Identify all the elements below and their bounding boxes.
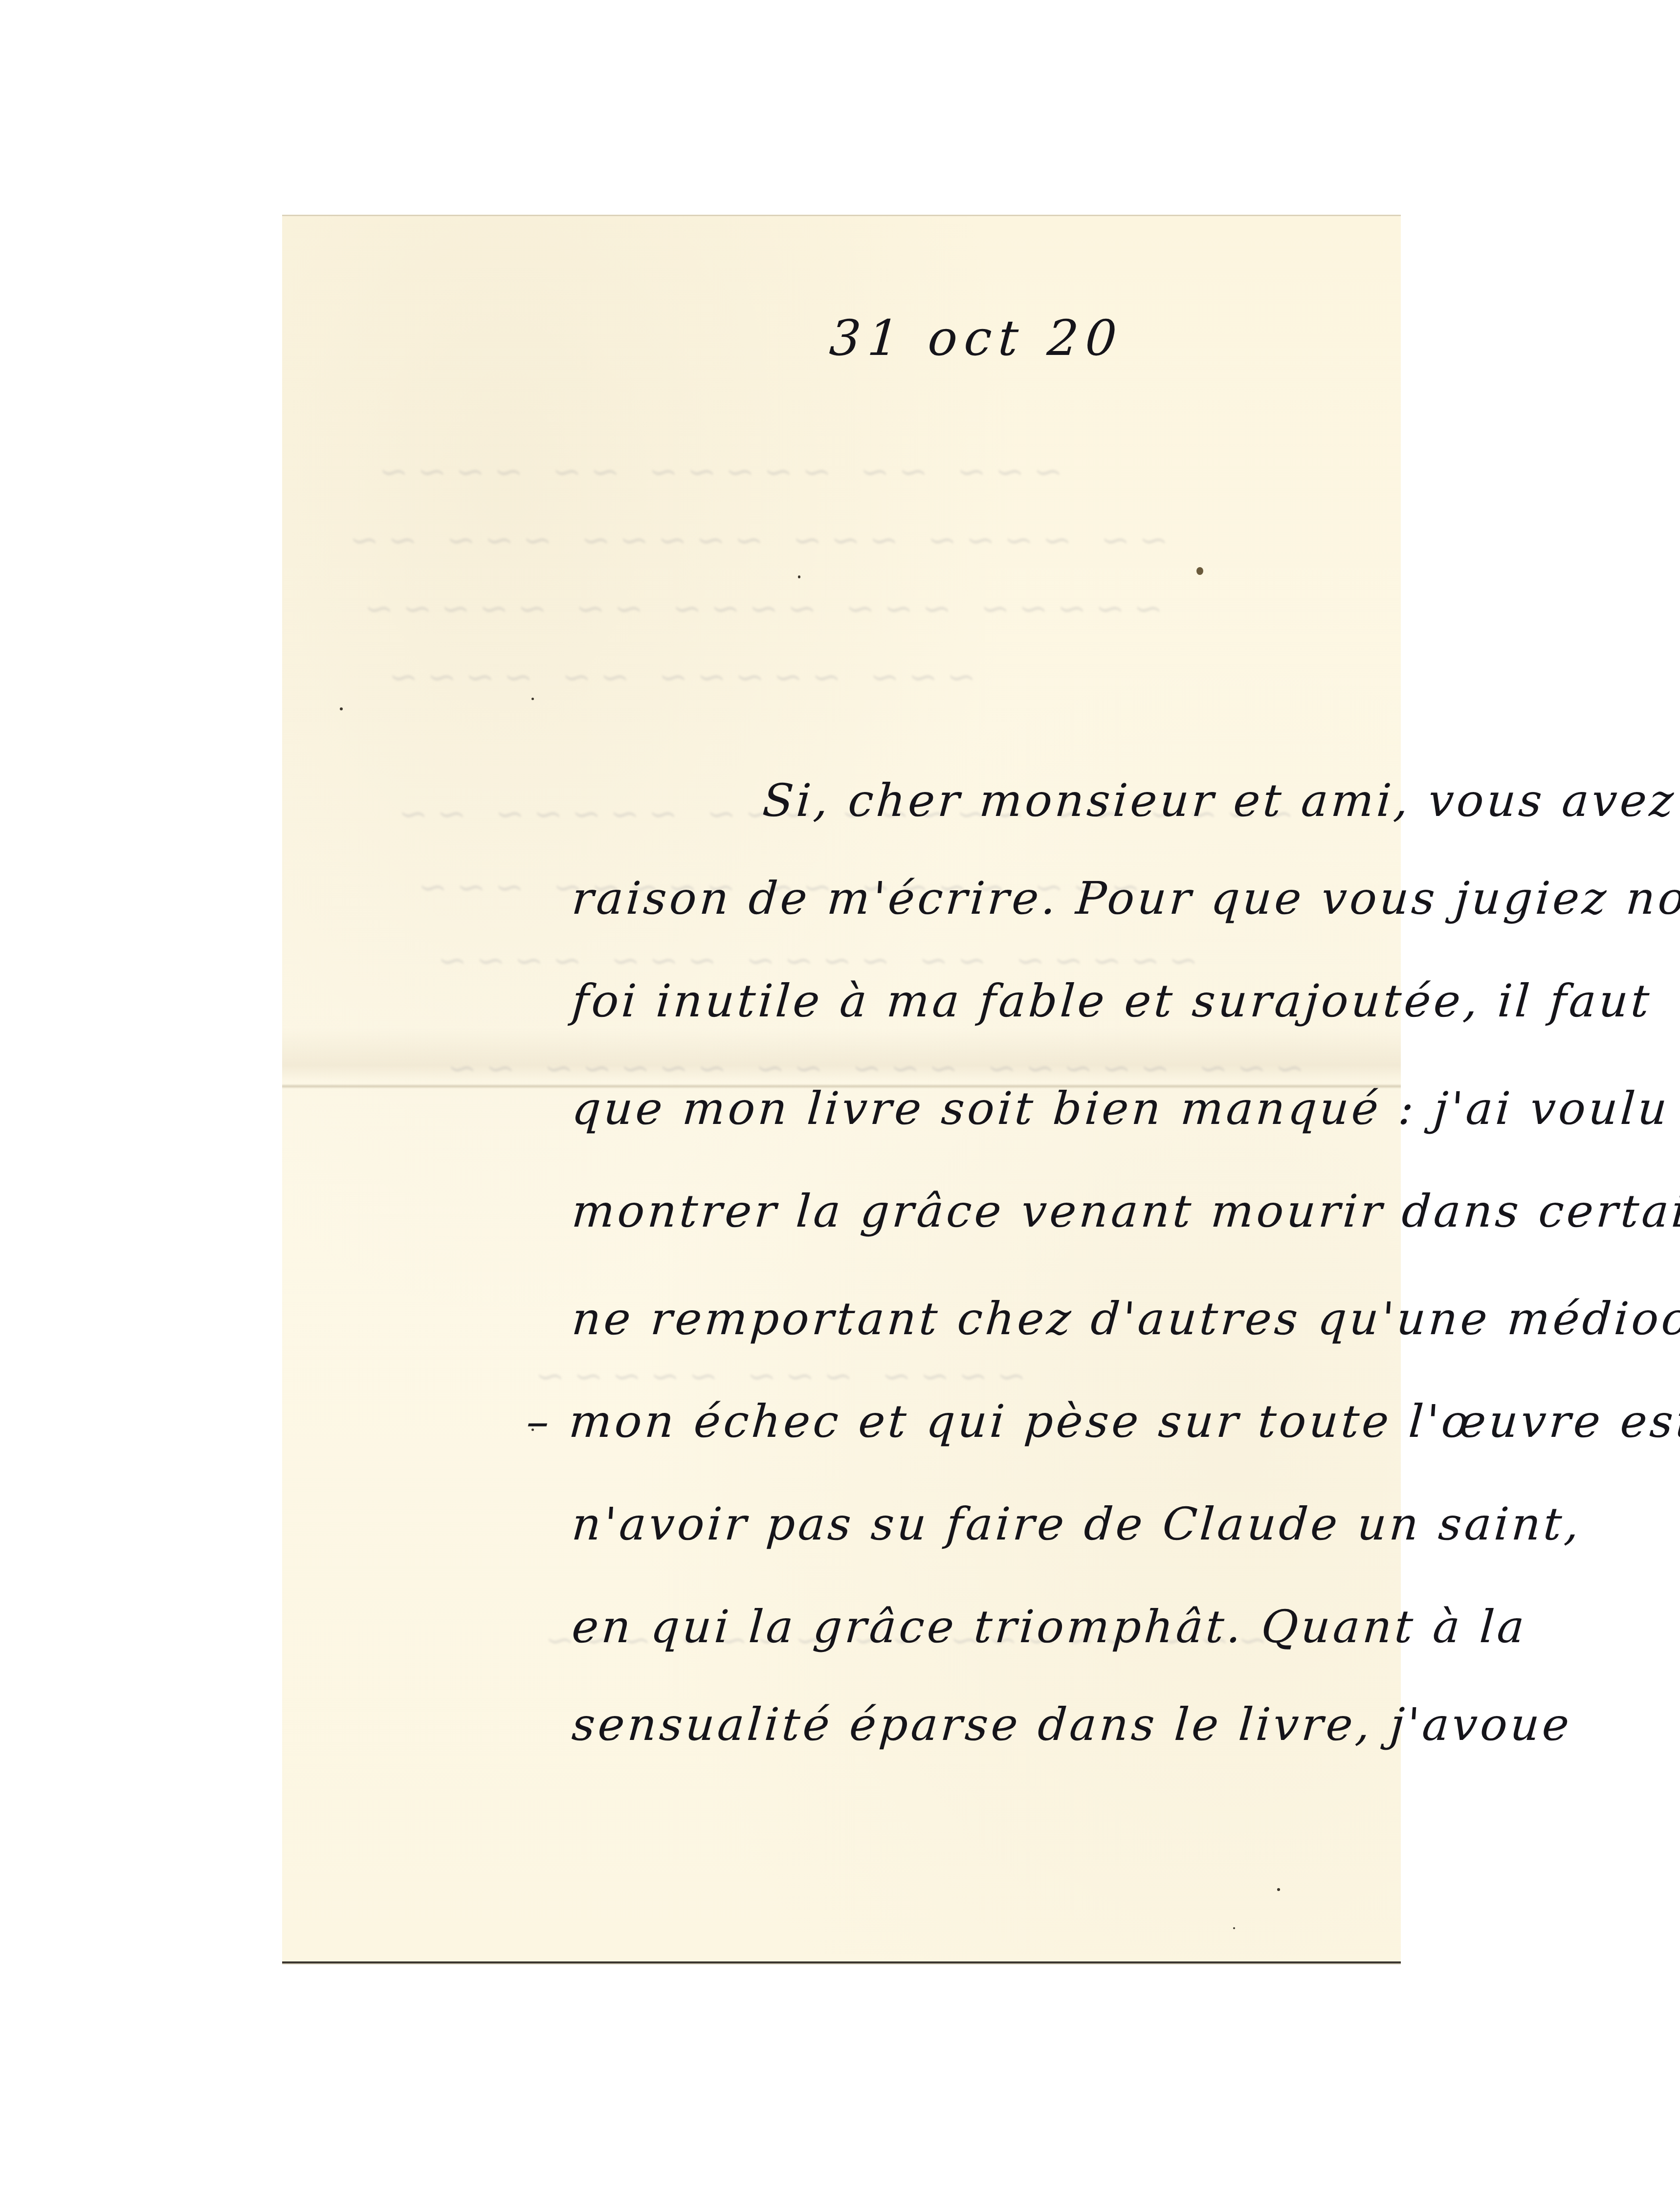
letter-line: foi inutile à ma fable et surajoutée, il… xyxy=(571,979,1654,1024)
letter-line: Si, cher monsieur et ami, vous avez eu xyxy=(761,778,1680,823)
paper-speck xyxy=(531,698,534,700)
paper-speck xyxy=(1196,567,1203,575)
letter-date: 31 oct 20 xyxy=(828,314,1125,363)
bleed-through-text: ~~ ~~~~ ~~~ ~~~~~ ~~~ ~~ xyxy=(341,519,1169,560)
letter-line: montrer la grâce venant mourir dans cert… xyxy=(571,1189,1680,1234)
letter-line: – mon échec et qui pèse sur toute l'œuvr… xyxy=(525,1399,1680,1444)
paper-speck xyxy=(340,707,343,710)
letter-line: ne remportant chez d'autres qu'une médio… xyxy=(571,1297,1680,1342)
paper-speck xyxy=(798,575,800,578)
paper-speck xyxy=(1277,1888,1280,1891)
letter-line: sensualité éparse dans le livre, j'avoue xyxy=(571,1702,1573,1747)
letter-line: que mon livre soit bien manqué : j'ai vo… xyxy=(571,1086,1671,1131)
letter-line: raison de m'écrire. Pour que vous jugiez… xyxy=(571,876,1680,921)
bleed-through-text: ~~~ ~~~~~ ~~ ~~~~ xyxy=(380,656,976,697)
bleed-through-text: ~~~~ ~~~ ~~~~~ xyxy=(527,1355,1026,1396)
letter-line: en qui la grâce triomphât. Quant à la xyxy=(571,1605,1528,1650)
paper-speck xyxy=(1233,1927,1235,1929)
letter-paper: ~~~ ~~ ~~~~~ ~~ ~~~~ ~~ ~~~~ ~~~ ~~~~~ ~… xyxy=(282,215,1401,1963)
bleed-through-text: ~~~~~ ~~~ ~~~~ ~~ ~~~~~ xyxy=(355,588,1163,629)
bleed-through-text: ~~~ ~~ ~~~~~ ~~ ~~~~ xyxy=(370,451,1063,492)
letter-line: n'avoir pas su faire de Claude un saint, xyxy=(571,1502,1584,1547)
